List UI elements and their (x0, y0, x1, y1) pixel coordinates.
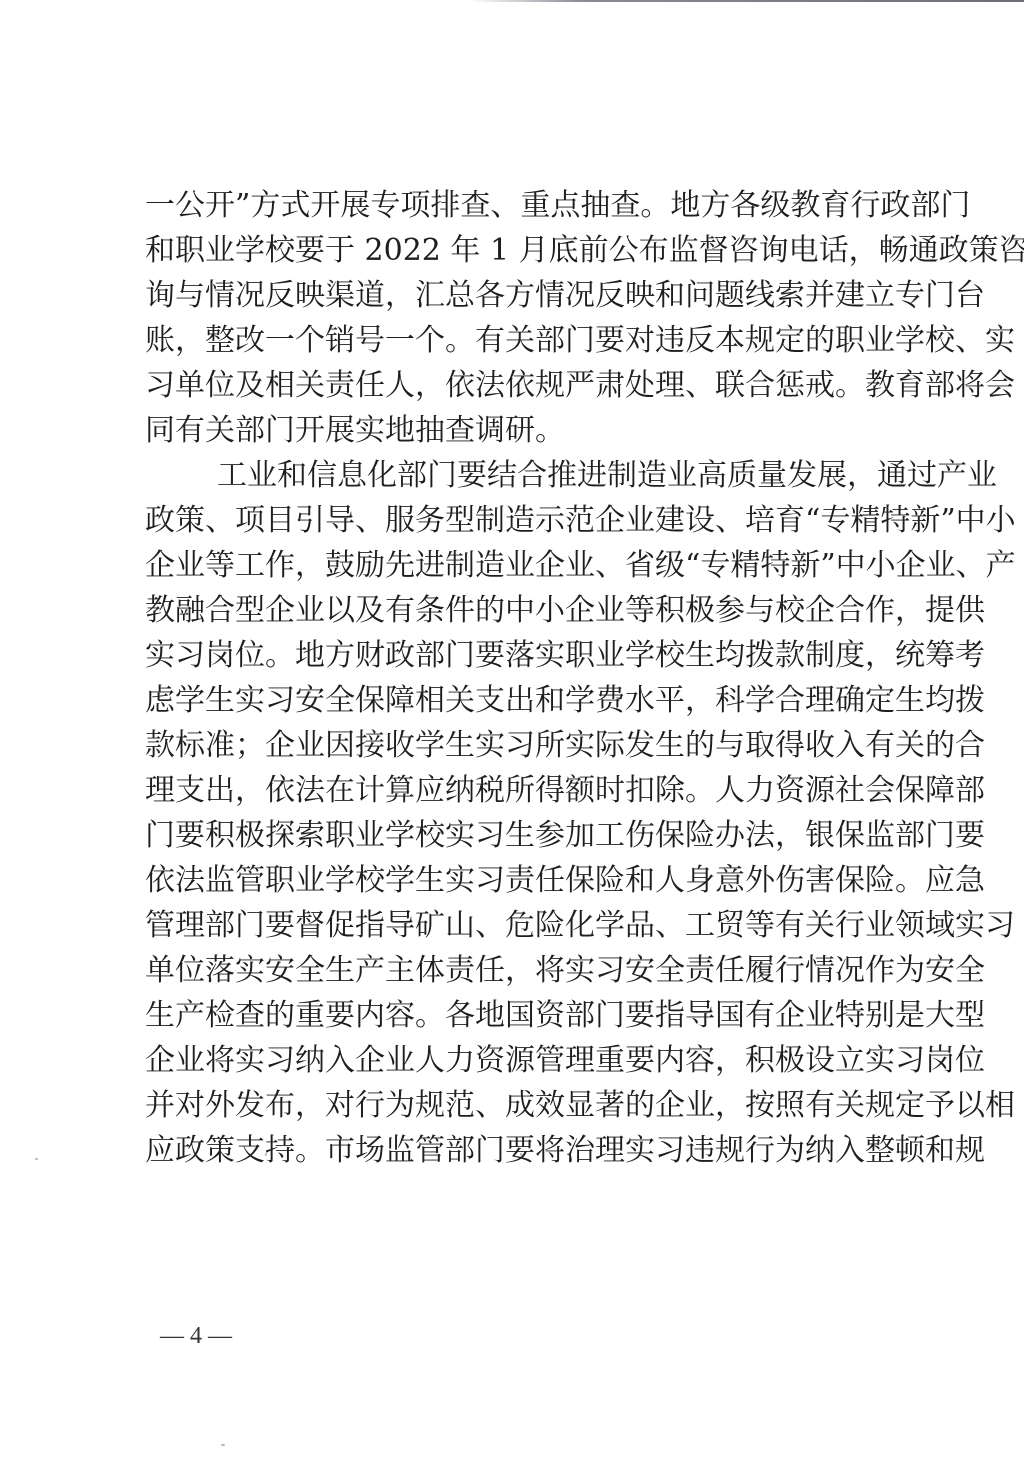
text-line: 和职业学校要于 2022 年 1 月底前公布监督咨询电话，畅通政策咨 (145, 228, 909, 273)
text-line: 询与情况反映渠道，汇总各方情况反映和问题线索并建立专门台 (145, 273, 909, 318)
text-line: 同有关部门开展实地抽查调研。 (145, 408, 909, 453)
paragraph-1: 一公开”方式开展专项排查、重点抽查。地方各级教育行政部门 和职业学校要于 202… (145, 183, 909, 453)
text-line: 习单位及相关责任人，依法依规严肃处理、联合惩戒。教育部将会 (145, 363, 909, 408)
text-line: 教融合型企业以及有条件的中小企业等积极参与校企合作，提供 (145, 588, 909, 633)
paragraph-2: 工业和信息化部门要结合推进制造业高质量发展，通过产业 政策、项目引导、服务型制造… (145, 453, 909, 1173)
text-line: 理支出，依法在计算应纳税所得额时扣除。人力资源社会保障部 (145, 768, 909, 813)
scan-speck (520, 1153, 522, 1156)
text-line: 管理部门要督促指导矿山、危险化学品、工贸等有关行业领域实习 (145, 903, 909, 948)
document-body: 一公开”方式开展专项排查、重点抽查。地方各级教育行政部门 和职业学校要于 202… (145, 183, 909, 1173)
text-line: 款标准；企业因接收学生实习所实际发生的与取得收入有关的合 (145, 723, 909, 768)
text-line: 单位落实安全生产主体责任，将实习安全责任履行情况作为安全 (145, 948, 909, 993)
text-line: 账，整改一个销号一个。有关部门要对违反本规定的职业学校、实 (145, 318, 909, 363)
scan-speck (221, 1444, 225, 1446)
text-line: 实习岗位。地方财政部门要落实职业学校生均拨款制度，统筹考 (145, 633, 909, 678)
scan-edge-artifact (470, 0, 1024, 2)
text-line: 并对外发布，对行为规范、成效显著的企业，按照有关规定予以相 (145, 1083, 909, 1128)
page-number: — 4 — (160, 1320, 232, 1352)
text-line: 一公开”方式开展专项排查、重点抽查。地方各级教育行政部门 (145, 183, 909, 228)
scan-speck (265, 1153, 267, 1156)
text-line: 应政策支持。市场监管部门要将治理实习违规行为纳入整顿和规 (145, 1128, 909, 1173)
text-line: 虑学生实习安全保障相关支出和学费水平，科学合理确定生均拨 (145, 678, 909, 723)
scan-speck (35, 1158, 38, 1160)
text-line: 工业和信息化部门要结合推进制造业高质量发展，通过产业 (145, 453, 909, 498)
text-line: 企业将实习纳入企业人力资源管理重要内容，积极设立实习岗位 (145, 1038, 909, 1083)
text-line: 依法监管职业学校学生实习责任保险和人身意外伤害保险。应急 (145, 858, 909, 903)
text-line: 政策、项目引导、服务型制造示范企业建设、培育“专精特新”中小 (145, 498, 909, 543)
text-line: 生产检查的重要内容。各地国资部门要指导国有企业特别是大型 (145, 993, 909, 1038)
text-line: 企业等工作，鼓励先进制造业企业、省级“专精特新”中小企业、产 (145, 543, 909, 588)
text-line: 门要积极探索职业学校实习生参加工伤保险办法，银保监部门要 (145, 813, 909, 858)
